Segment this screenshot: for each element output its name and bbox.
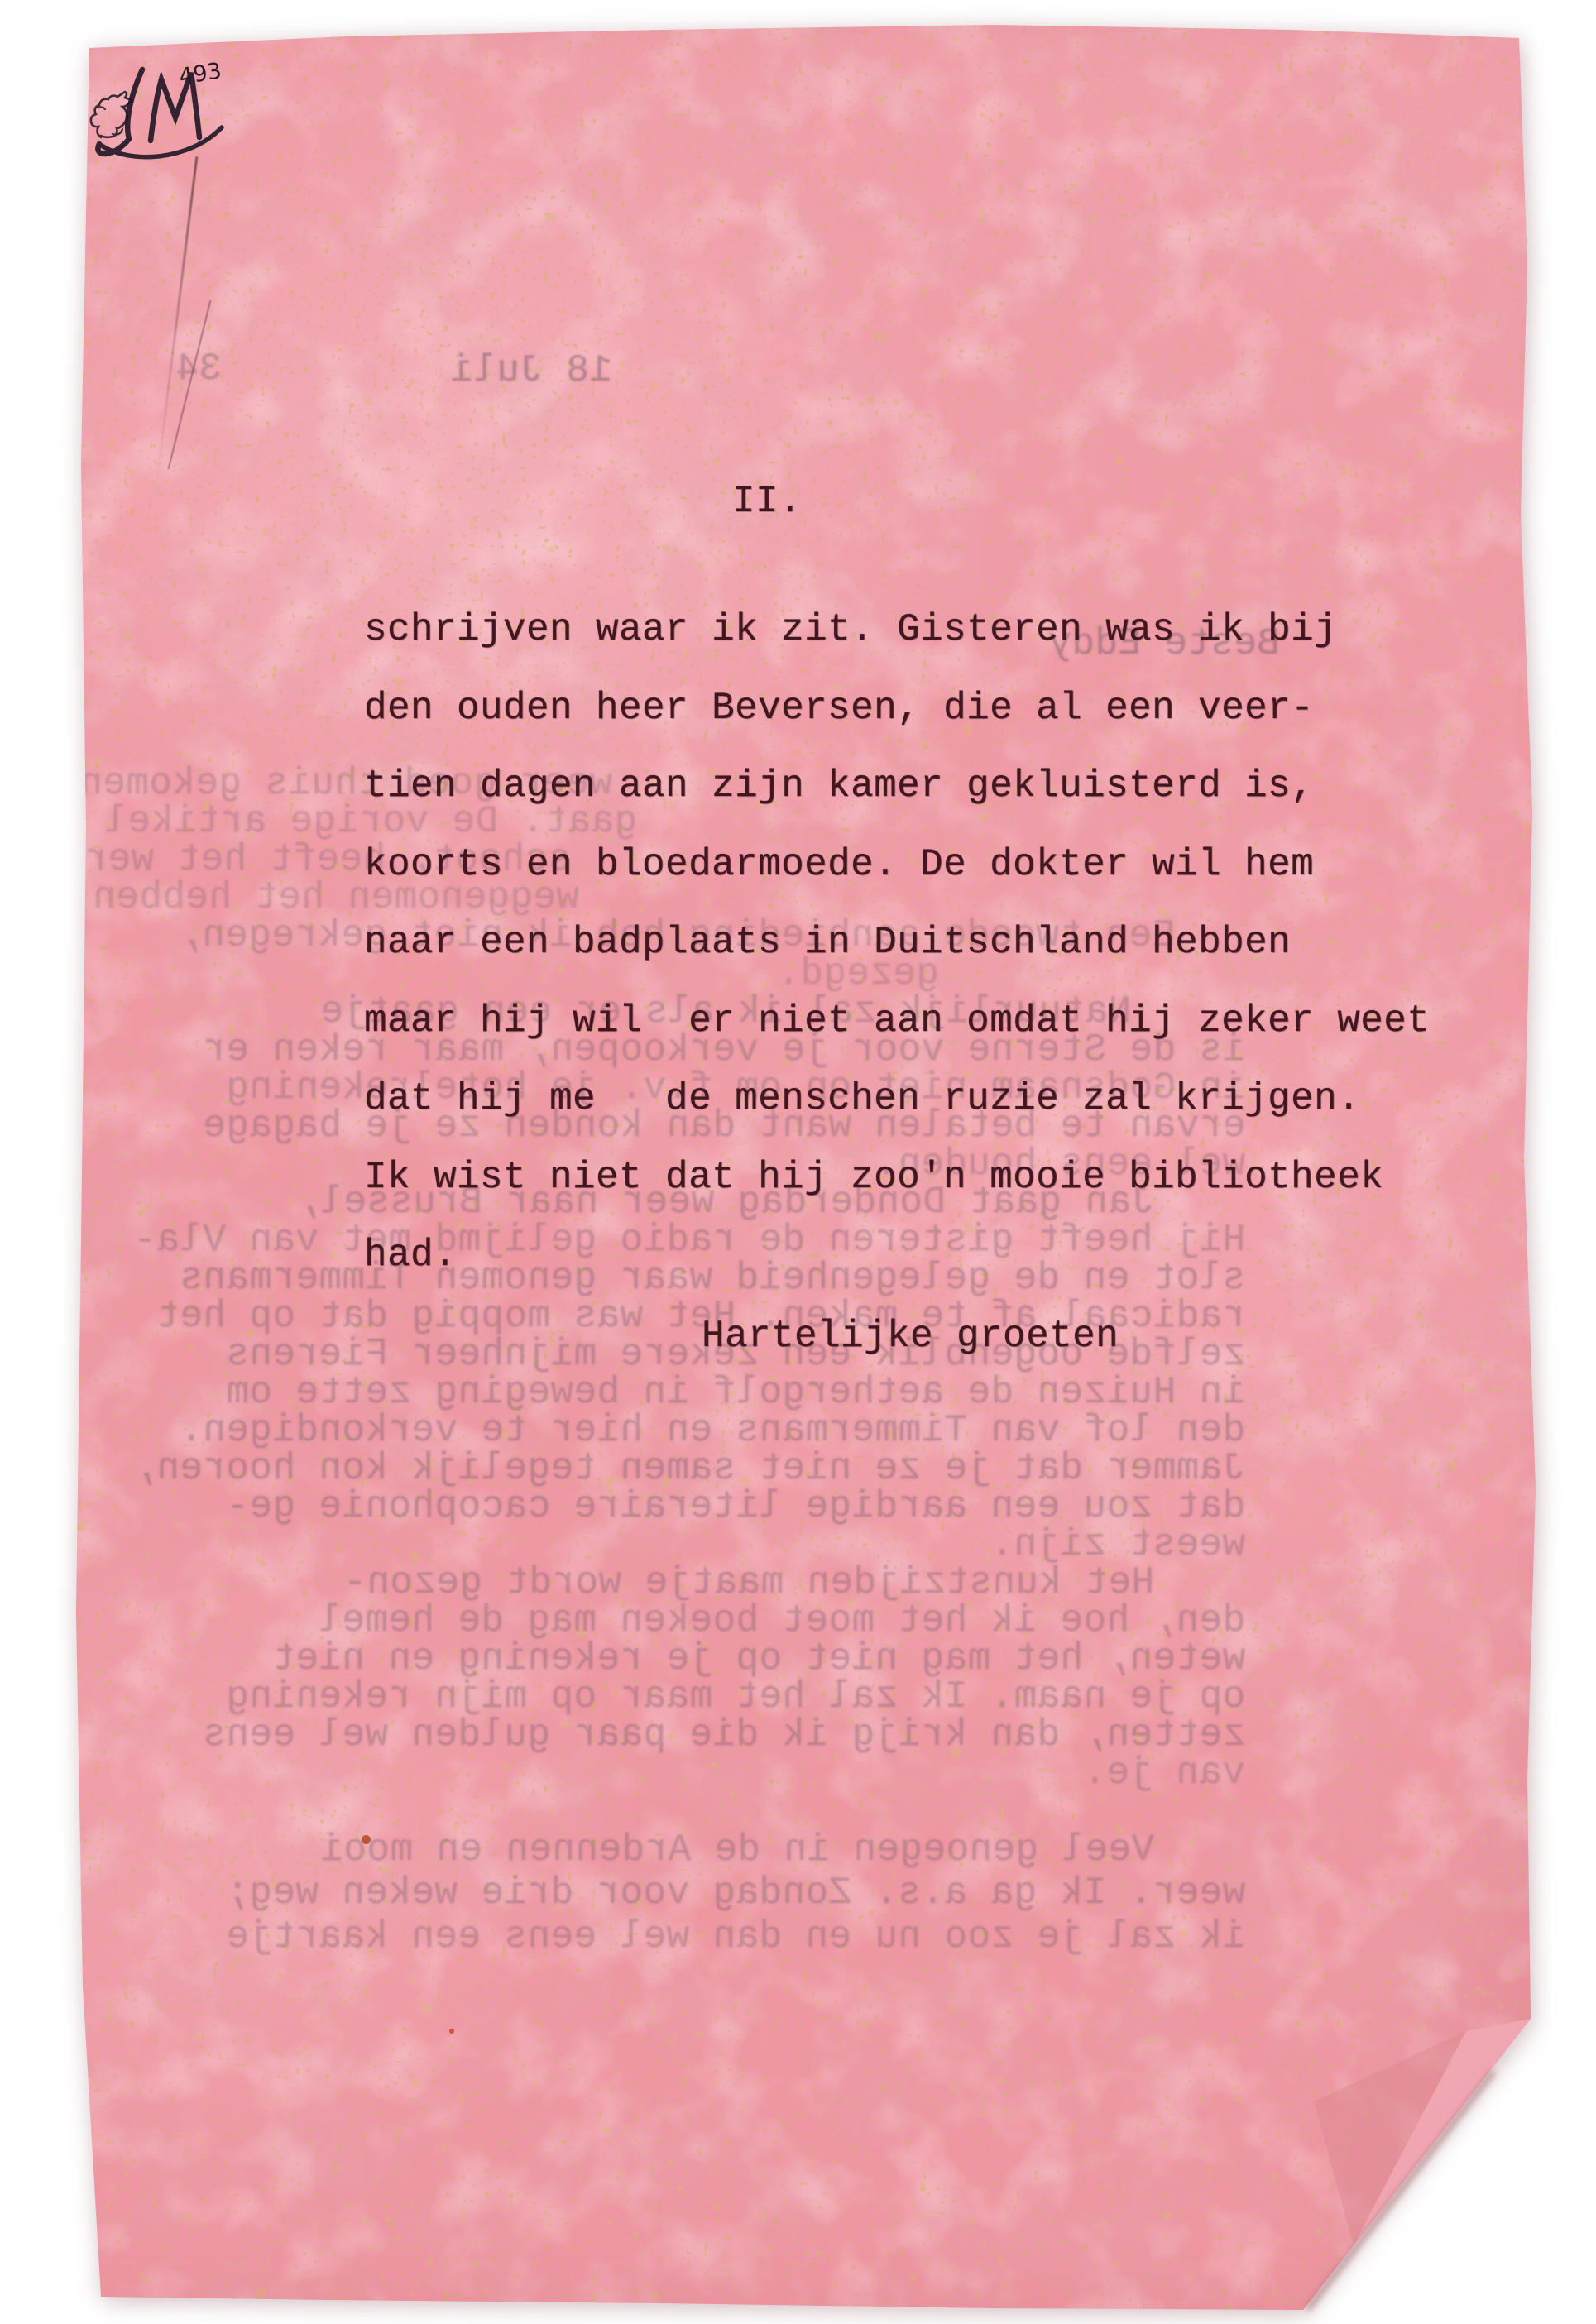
bleedthrough-line: Veel genoegen in de Ardennen en mooi [320, 1828, 1154, 1871]
bleedthrough-year: 34 [175, 347, 222, 391]
scanner-background: 18 Juli 34 Beste Eddy weer goed thuis ge… [0, 0, 1596, 2324]
bleedthrough-line: van je. [1083, 1751, 1245, 1795]
page-heading: II. [732, 480, 802, 523]
typed-line: tien dagen aan zijn kamer gekluisterd is… [364, 747, 1430, 826]
stamp-number: 493 [177, 58, 223, 90]
crease-mark [156, 156, 199, 485]
bleedthrough-line: weest zijn. [990, 1523, 1245, 1566]
typed-line: Ik wist niet dat hij zoo'n mooie bibliot… [364, 1138, 1430, 1217]
rust-spot [362, 1835, 371, 1844]
bleedthrough-line: den, hoe ik het moet boeken mag de hemel [319, 1599, 1245, 1642]
bleedthrough-line: op je naam. Ik zal het maar op mijn reke… [226, 1675, 1245, 1718]
typed-line: koorts en bloedarmoede. De dokter wil he… [364, 826, 1430, 904]
typed-line: schrijven waar ik zit. Gisteren was ik b… [364, 591, 1430, 669]
bleedthrough-date: 18 Juli [450, 349, 612, 392]
paper-shadow-wrap: 18 Juli 34 Beste Eddy weer goed thuis ge… [0, 0, 1596, 2324]
bleedthrough-line: weten, het mag niet op je rekening en ni… [272, 1637, 1245, 1680]
typed-line: naar een badplaats in Duitschland hebben [364, 903, 1430, 982]
bleedthrough-line: ik zal je zoo nu en dan wel eens een kaa… [226, 1915, 1245, 1958]
bleedthrough-line: in Huizen de aethergolf in beweging zett… [226, 1371, 1245, 1414]
archive-stamp: 493 [83, 58, 240, 182]
typed-line: den ouden heer Beversen, die al een veer… [364, 669, 1430, 748]
typed-line: had. [364, 1216, 1430, 1295]
rust-spot [449, 2029, 454, 2034]
letter-paragraph: schrijven waar ik zit. Gisteren was ik b… [364, 591, 1430, 1295]
bleedthrough-line: weer. Ik ga a.s. Zondag voor drie weken … [226, 1871, 1245, 1914]
typed-line: maar hij wil er niet aan omdat hij zeker… [364, 982, 1430, 1061]
bleedthrough-line: den lof van Timmermans en hier te verkon… [180, 1409, 1245, 1452]
bleedthrough-line: zetten, dan krijg ik die paar gulden wel… [203, 1713, 1245, 1756]
letter-closing: Hartelijke groeten [702, 1315, 1119, 1358]
bleedthrough-line: dat zou een aardige literaire cacophonie… [226, 1485, 1245, 1528]
bleedthrough-line: Jammer dat je ze niet samen tegelijk kon… [133, 1447, 1245, 1490]
letter-paper: 18 Juli 34 Beste Eddy weer goed thuis ge… [0, 0, 1596, 2324]
typed-line: dat hij me de menschen ruzie zal krijgen… [364, 1060, 1430, 1138]
bleedthrough-line: Het kunstzijden maatje wordt gezon- [343, 1561, 1154, 1604]
